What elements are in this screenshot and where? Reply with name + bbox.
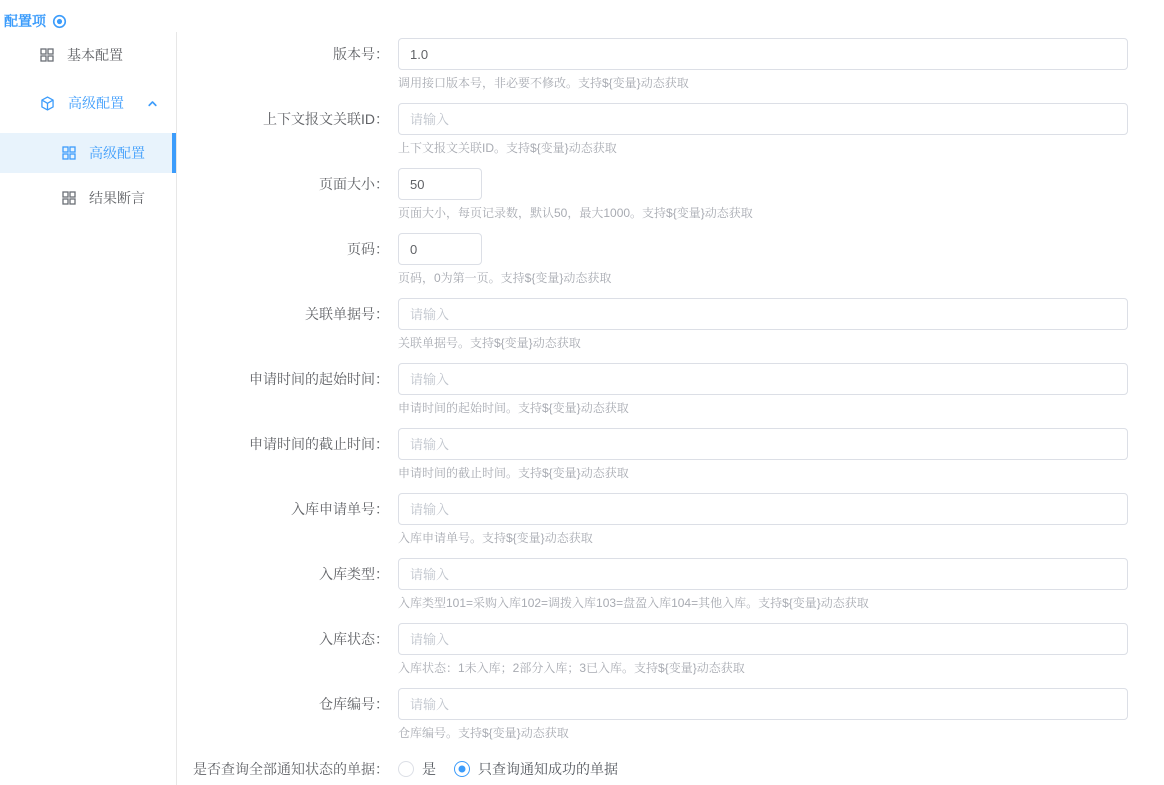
tree-item-advanced-config-parent[interactable]: 高级配置 (0, 83, 176, 123)
radio-option-only-success[interactable]: 只查询通知成功的单据 (454, 759, 618, 779)
inbound-status-row: 入库状态： 入库状态：1未入库；2部分入库；3已入库。支持${变量}动态获取 (177, 623, 1164, 676)
field-label: 页面大小： (177, 168, 394, 221)
field-help-text: 关联单据号。支持${变量}动态获取 (398, 336, 1128, 351)
config-sidebar: 配置项 基本配置 高级配置 (0, 0, 177, 785)
field-label: 申请时间的截止时间： (177, 428, 394, 481)
inbound-status-input[interactable] (398, 623, 1128, 655)
field-label: 申请时间的起始时间： (177, 363, 394, 416)
sidebar-title: 配置项 (4, 11, 46, 31)
target-icon[interactable] (52, 14, 67, 29)
field-help-text: 页码，0为第一页。支持${变量}动态获取 (398, 271, 611, 286)
tree-item-label: 高级配置 (68, 93, 124, 113)
radio-icon[interactable] (454, 761, 470, 777)
inbound-apply-no-row: 入库申请单号： 入库申请单号。支持${变量}动态获取 (177, 493, 1164, 546)
page-number-row: 页码： 页码，0为第一页。支持${变量}动态获取 (177, 233, 1164, 286)
field-help-text: 仓库编号。支持${变量}动态获取 (398, 726, 1128, 741)
field-help-text: 页面大小，每页记录数，默认50，最大1000。支持${变量}动态获取 (398, 206, 753, 221)
notify-status-row: 是否查询全部通知状态的单据： 是 只查询通知成功的单据 (177, 753, 1164, 785)
sidebar-header: 配置项 (0, 0, 177, 31)
tree-item-basic-config[interactable]: 基本配置 (0, 35, 176, 75)
config-page: 配置项 基本配置 高级配置 (0, 0, 1164, 785)
field-label: 关联单据号： (177, 298, 394, 351)
caret-up-icon[interactable] (147, 98, 158, 109)
context-id-input[interactable] (398, 103, 1128, 135)
apply-end-time-row: 申请时间的截止时间： 申请时间的截止时间。支持${变量}动态获取 (177, 428, 1164, 481)
field-help-text: 上下文报文关联ID。支持${变量}动态获取 (398, 141, 1128, 156)
inbound-apply-no-input[interactable] (398, 493, 1128, 525)
grid-icon (40, 48, 54, 62)
field-help-text: 申请时间的起始时间。支持${变量}动态获取 (398, 401, 1128, 416)
field-label: 页码： (177, 233, 394, 286)
grid-icon (62, 146, 76, 160)
tree-item-advanced-config[interactable]: 高级配置 (0, 133, 176, 173)
related-doc-no-row: 关联单据号： 关联单据号。支持${变量}动态获取 (177, 298, 1164, 351)
inbound-type-input[interactable] (398, 558, 1128, 590)
field-label: 上下文报文关联ID： (177, 103, 394, 156)
field-label: 是否查询全部通知状态的单据： (177, 753, 394, 785)
field-label: 仓库编号： (177, 688, 394, 741)
advanced-config-form: 版本号： 调用接口版本号，非必要不修改。支持${变量}动态获取 上下文报文关联I… (177, 0, 1164, 785)
field-help-text: 申请时间的截止时间。支持${变量}动态获取 (398, 466, 1128, 481)
apply-start-time-input[interactable] (398, 363, 1128, 395)
apply-start-time-row: 申请时间的起始时间： 申请时间的起始时间。支持${变量}动态获取 (177, 363, 1164, 416)
radio-icon[interactable] (398, 761, 414, 777)
notify-status-radio-group: 是 只查询通知成功的单据 (398, 753, 636, 785)
tree-item-label: 基本配置 (67, 45, 123, 65)
radio-option-label: 只查询通知成功的单据 (478, 759, 618, 779)
field-label: 入库类型： (177, 558, 394, 611)
warehouse-no-input[interactable] (398, 688, 1128, 720)
page-size-input[interactable] (398, 168, 482, 200)
radio-option-label: 是 (422, 759, 436, 779)
warehouse-no-row: 仓库编号： 仓库编号。支持${变量}动态获取 (177, 688, 1164, 741)
inbound-type-row: 入库类型： 入库类型101=采购入库102=调拨入库103=盘盈入库104=其他… (177, 558, 1164, 611)
field-help-text: 入库类型101=采购入库102=调拨入库103=盘盈入库104=其他入库。支持$… (398, 596, 1128, 611)
radio-option-yes[interactable]: 是 (398, 759, 436, 779)
version-row: 版本号： 调用接口版本号，非必要不修改。支持${变量}动态获取 (177, 38, 1164, 91)
tree-item-label: 结果断言 (89, 188, 145, 208)
related-doc-no-input[interactable] (398, 298, 1128, 330)
tree-item-result-assertion[interactable]: 结果断言 (0, 178, 176, 218)
grid-icon (62, 191, 76, 205)
page-size-row: 页面大小： 页面大小，每页记录数，默认50，最大1000。支持${变量}动态获取 (177, 168, 1164, 221)
cube-icon (40, 96, 55, 111)
tree-item-label: 高级配置 (89, 143, 145, 163)
context-id-row: 上下文报文关联ID： 上下文报文关联ID。支持${变量}动态获取 (177, 103, 1164, 156)
field-label: 入库申请单号： (177, 493, 394, 546)
page-number-input[interactable] (398, 233, 482, 265)
field-help-text: 调用接口版本号，非必要不修改。支持${变量}动态获取 (398, 76, 1128, 91)
field-help-text: 入库状态：1未入库；2部分入库；3已入库。支持${变量}动态获取 (398, 661, 1128, 676)
field-help-text: 入库申请单号。支持${变量}动态获取 (398, 531, 1128, 546)
field-label: 入库状态： (177, 623, 394, 676)
config-tree: 基本配置 高级配置 高级配置 结果断 (0, 32, 177, 785)
version-input[interactable] (398, 38, 1128, 70)
apply-end-time-input[interactable] (398, 428, 1128, 460)
field-label: 版本号： (177, 38, 394, 91)
